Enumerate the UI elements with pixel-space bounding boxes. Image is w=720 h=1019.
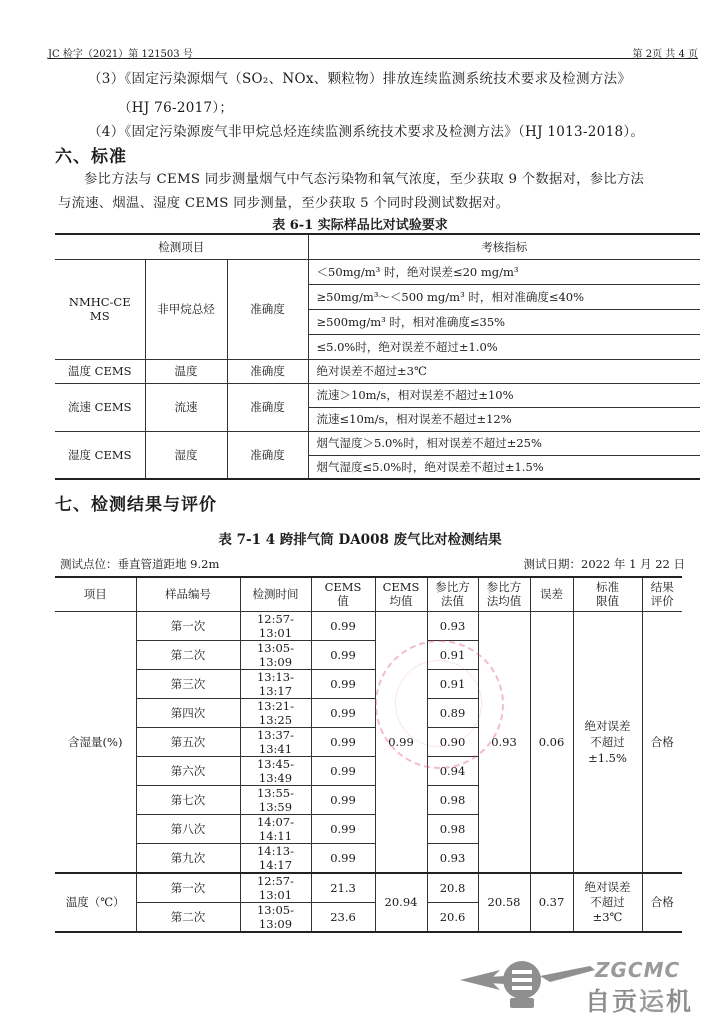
cems-value: 0.99 [311,640,375,669]
test-time: 13:13-13:17 [240,669,311,698]
cems-value: 0.99 [311,669,375,698]
logo-latin-text: ZGCMC [595,958,680,982]
test-time: 12:57-13:01 [240,611,311,640]
limit-line: ±3℃ [593,910,623,924]
item-name: 非甲烷总烃 [145,259,227,359]
error-value: 0.37 [530,873,573,932]
result-evaluation: 合格 [642,873,682,932]
criterion: ＜50mg/m³ 时，绝对误差≤20 mg/m³ [308,259,700,284]
test-time: 12:57-13:01 [240,873,311,903]
ref-value: 0.98 [427,785,478,814]
table-row: NMHC-CEMS 非甲烷总烃 准确度 ＜50mg/m³ 时，绝对误差≤20 m… [55,259,700,284]
metric-name: 准确度 [227,359,308,383]
ref-value: 0.98 [427,814,478,843]
system-name: 温度 CEMS [55,359,145,383]
item-name: 温度 [145,359,227,383]
cems-avg: 0.99 [375,611,427,873]
table-row: 含湿量(%) 第一次 12:57-13:01 0.99 0.99 0.93 0.… [55,611,682,640]
system-name: 湿度 CEMS [55,431,145,479]
item-name: 流速 [145,383,227,431]
section-6-paragraph-line2: 与流速、烟温、湿度 CEMS 同步测量，至少获取 5 个同时段测试数据对。 [58,192,509,211]
metric-name: 准确度 [227,383,308,431]
error-value: 0.06 [530,611,573,873]
table-6-1-caption: 表 6-1 实际样品比对试验要求 [0,214,720,233]
header-line: 法均值 [487,594,522,608]
criterion: ≤5.0%时，绝对误差不超过±1.0% [308,334,700,359]
cems-value: 0.99 [311,785,375,814]
criterion: 流速≤10m/s，相对误差不超过±12% [308,407,700,431]
criterion: 流速＞10m/s，相对误差不超过±10% [308,383,700,407]
ref-value: 20.6 [427,902,478,932]
header-line: 法值 [441,594,464,608]
header-line: CEMS [325,580,362,594]
item-name: 温度（℃） [55,873,136,932]
system-name: 流速 CEMS [55,383,145,431]
test-location: 测试点位：垂直管道距地 9.2m [60,556,219,572]
cems-value: 0.99 [311,698,375,727]
metric-name: 准确度 [227,259,308,359]
header-limit: 标准限值 [573,577,642,611]
limit-line: 不超过 [590,735,625,749]
reference-number: （4） [88,124,125,140]
header-criteria: 考核指标 [308,234,700,259]
limit-line: ±1.5% [588,751,627,765]
sample-id: 第三次 [136,669,240,698]
reference-number: （3） [88,71,125,87]
cems-value: 0.99 [311,727,375,756]
cems-value: 0.99 [311,843,375,873]
header-line: 参比方 [487,580,522,594]
header-test-time: 检测时间 [240,577,311,611]
cems-avg: 20.94 [375,873,427,932]
limit-line: 绝对误差 [585,880,631,894]
ref-value: 0.91 [427,669,478,698]
header-line: 参比方 [435,580,470,594]
section-6-title: 六、标准 [55,142,127,167]
header-error: 误差 [530,577,573,611]
header-line: 限值 [596,594,619,608]
ref-value: 0.93 [427,611,478,640]
standard-limit: 绝对误差不超过±3℃ [573,873,642,932]
logo-char: 贡 [612,987,639,1016]
ref-value: 0.91 [427,640,478,669]
cems-value: 23.6 [311,902,375,932]
item-name: 含湿量(%) [55,611,136,873]
header-cems-value: CEMS值 [311,577,375,611]
table-header-row: 检测项目 考核指标 [55,234,700,259]
sample-id: 第二次 [136,640,240,669]
sample-id: 第五次 [136,727,240,756]
table-row: 流速 CEMS 流速 准确度 流速＞10m/s，相对误差不超过±10% [55,383,700,407]
header-sample-id: 样品编号 [136,577,240,611]
metric-name: 准确度 [227,431,308,479]
cems-value: 0.99 [311,814,375,843]
standard-limit: 绝对误差不超过±1.5% [573,611,642,873]
sample-id: 第二次 [136,902,240,932]
table-header-row: 项目 样品编号 检测时间 CEMS值 CEMS均值 参比方法值 参比方法均值 误… [55,577,682,611]
table-row: 湿度 CEMS 湿度 准确度 烟气湿度＞5.0%时，相对误差不超过±25% [55,431,700,455]
sample-id: 第八次 [136,814,240,843]
header-line: 均值 [390,594,413,608]
header-line: 值 [337,594,349,608]
sample-id: 第七次 [136,785,240,814]
reference-4: （4）《固定污染源废气非甲烷总烃连续监测系统技术要求及检测方法》（HJ 1013… [88,120,644,140]
ref-value: 0.94 [427,756,478,785]
ref-value: 0.93 [427,843,478,873]
header-item: 项目 [55,577,136,611]
result-evaluation: 合格 [642,611,682,873]
header-ref-value: 参比方法值 [427,577,478,611]
cems-value: 0.99 [311,756,375,785]
ref-avg: 0.93 [478,611,530,873]
logo-char: 机 [666,987,693,1016]
criterion: 烟气湿度＞5.0%时，相对误差不超过±25% [308,431,700,455]
test-time: 14:07-14:11 [240,814,311,843]
header-line: 结果 [651,580,674,594]
test-time: 14:13-14:17 [240,843,311,873]
header-result: 结果评价 [642,577,682,611]
cems-value: 21.3 [311,873,375,903]
header-cems-avg: CEMS均值 [375,577,427,611]
limit-line: 绝对误差 [585,719,631,733]
test-time: 13:55-13:59 [240,785,311,814]
header-ref-avg: 参比方法均值 [478,577,530,611]
system-name: NMHC-CEMS [55,259,145,359]
ref-value: 0.89 [427,698,478,727]
criterion: 烟气湿度≤5.0%时，绝对误差不超过±1.5% [308,455,700,479]
table-6-1: 检测项目 考核指标 NMHC-CEMS 非甲烷总烃 准确度 ＜50mg/m³ 时… [55,233,700,480]
limit-line: 不超过 [590,895,625,909]
table-row: 温度（℃） 第一次 12:57-13:01 21.3 20.94 20.8 20… [55,873,682,903]
header-line: 标准 [596,580,619,594]
header-detection-item: 检测项目 [55,234,308,259]
ref-value: 20.8 [427,873,478,903]
test-time: 13:37-13:41 [240,727,311,756]
criterion: ≥500mg/m³ 时，相对准确度≤35% [308,309,700,334]
sample-id: 第一次 [136,873,240,903]
table-7-1-caption: 表 7-1 4 跨排气筒 DA008 废气比对检测结果 [0,528,720,548]
logo-char-accent: 运 [639,987,666,1016]
table-7-1: 项目 样品编号 检测时间 CEMS值 CEMS均值 参比方法值 参比方法均值 误… [55,576,682,933]
table-row: 温度 CEMS 温度 准确度 绝对误差不超过±3℃ [55,359,700,383]
header-line: 评价 [651,594,674,608]
reference-3-continuation: （HJ 76-2017）； [118,96,233,116]
section-6-paragraph-line1: 参比方法与 CEMS 同步测量烟气中气态污染物和氧气浓度，至少获取 9 个数据对… [84,168,644,187]
logo-char: 自 [585,987,612,1016]
test-time: 13:45-13:49 [240,756,311,785]
item-name: 湿度 [145,431,227,479]
sample-id: 第九次 [136,843,240,873]
header-line: CEMS [383,580,420,594]
reference-3: （3）《固定污染源烟气（SO₂、NOx、颗粒物）排放连续监测系统技术要求及检测方… [88,67,631,87]
test-time: 13:21-13:25 [240,698,311,727]
sample-id: 第一次 [136,611,240,640]
sample-id: 第四次 [136,698,240,727]
reference-title: 《固定污染源烟气（SO₂、NOx、颗粒物）排放连续监测系统技术要求及检测方法》 [125,71,632,87]
header-divider [48,58,698,59]
test-time: 13:05-13:09 [240,640,311,669]
reference-title: 《固定污染源废气非甲烷总烃连续监测系统技术要求及检测方法》（HJ 1013-20… [125,124,645,140]
cems-value: 0.99 [311,611,375,640]
criterion: ≥50mg/m³～＜500 mg/m³ 时，相对准确度≤40% [308,284,700,309]
logo-chinese-text: 自贡运机 [585,982,693,1018]
ref-avg: 20.58 [478,873,530,932]
criterion: 绝对误差不超过±3℃ [308,359,700,383]
test-date: 测试日期：2022 年 1 月 22 日 [524,556,686,572]
ref-value: 0.90 [427,727,478,756]
test-time: 13:05-13:09 [240,902,311,932]
section-7-title: 七、检测结果与评价 [55,490,217,515]
sample-id: 第六次 [136,756,240,785]
